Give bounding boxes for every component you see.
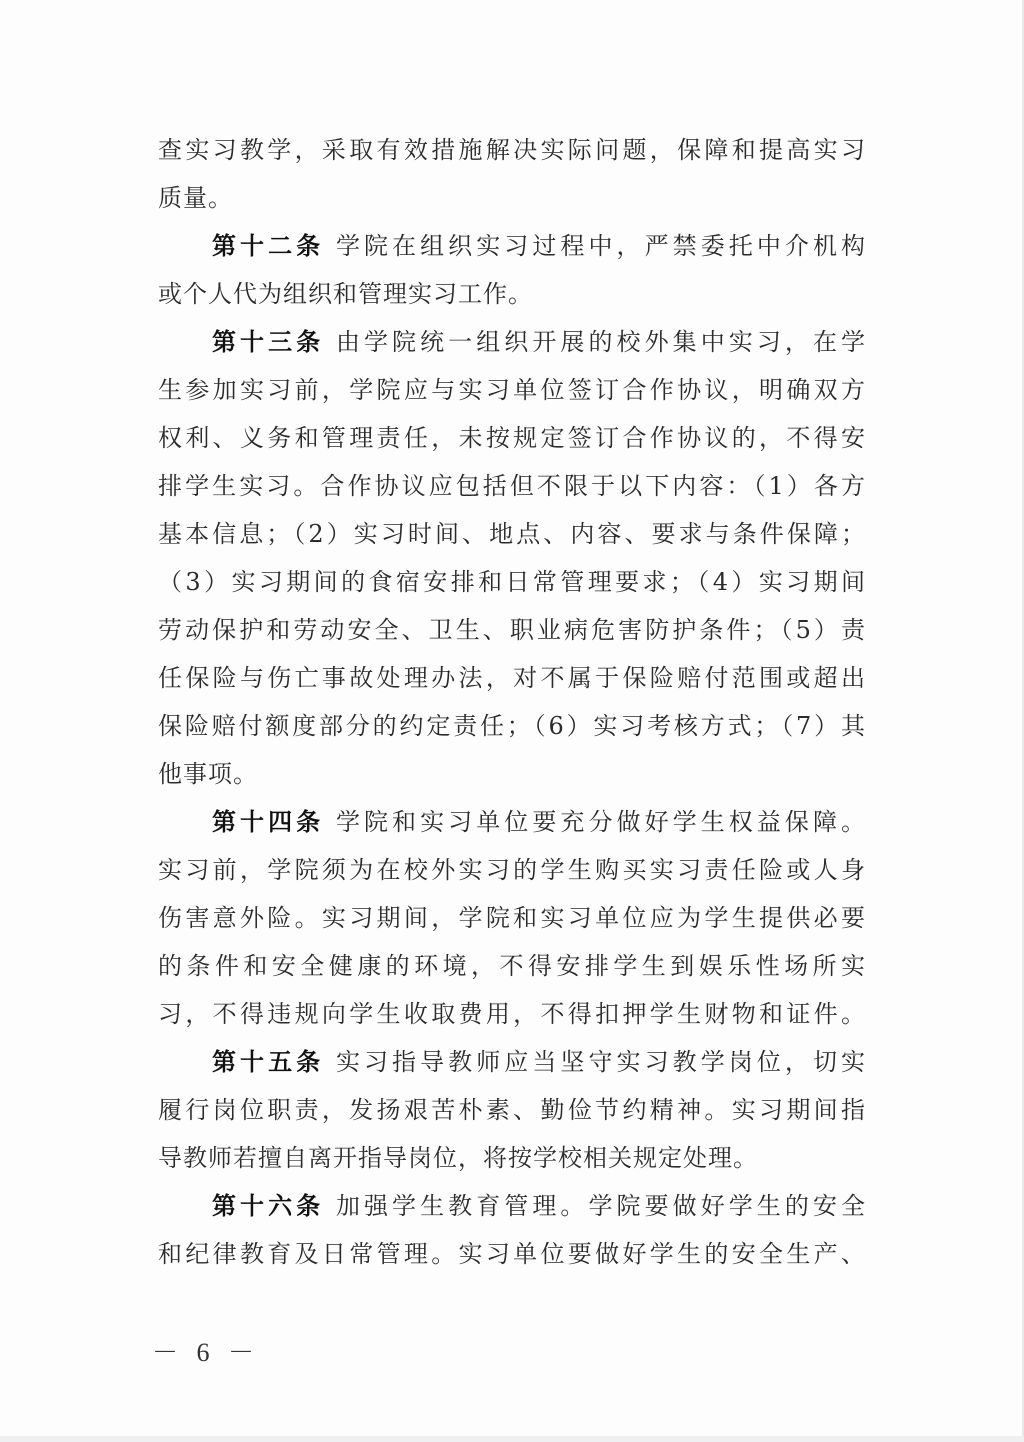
article-number: 第十五条 (212, 1048, 324, 1076)
paragraph-line: 劳动保护和劳动安全、卫生、职业病危害防护条件；（5）责 (158, 610, 866, 650)
line-text: 基本信息；（2）实习时间、地点、内容、要求与条件保障； (158, 520, 866, 548)
article-number: 第十四条 (212, 808, 324, 836)
paragraph-line: 任保险与伤亡事故处理办法，对不属于保险赔付范围或超出 (158, 658, 866, 698)
line-text: 加强学生教育管理。学院要做好学生的安全 (324, 1192, 866, 1220)
line-text: 生参加实习前，学院应与实习单位签订合作协议，明确双方 (158, 376, 866, 404)
article-heading-line: 第十六条 加强学生教育管理。学院要做好学生的安全 (212, 1186, 866, 1226)
line-text: 学院在组织实习过程中，严禁委托中介机构 (324, 232, 866, 260)
paragraph-line: 实习前，学院须为在校外实习的学生购买实习责任险或人身 (158, 850, 866, 890)
line-text: 或个人代为组织和管理实习工作。 (158, 280, 533, 308)
paragraph-line: （3）实习期间的食宿安排和日常管理要求；（4）实习期间 (158, 562, 866, 602)
line-text: 质量。 (158, 184, 233, 212)
paragraph-line: 的条件和安全健康的环境，不得安排学生到娱乐性场所实 (158, 946, 866, 986)
line-text: 和纪律教育及日常管理。实习单位要做好学生的安全生产、 (158, 1240, 866, 1268)
article-number: 第十三条 (212, 328, 324, 356)
article-heading-line: 第十二条 学院在组织实习过程中，严禁委托中介机构 (212, 226, 866, 266)
article-heading-line: 第十三条 由学院统一组织开展的校外集中实习，在学 (212, 322, 866, 362)
paragraph-line: 导教师若擅自离开指导岗位，将按学校相关规定处理。 (158, 1138, 866, 1178)
line-text: 查实习教学，采取有效措施解决实际问题，保障和提高实习 (158, 136, 866, 164)
paragraph-line: 查实习教学，采取有效措施解决实际问题，保障和提高实习 (158, 130, 866, 170)
line-text: 实习指导教师应当坚守实习教学岗位，切实 (324, 1048, 866, 1076)
article-number: 第十六条 (212, 1192, 324, 1220)
line-text: 的条件和安全健康的环境，不得安排学生到娱乐性场所实 (158, 952, 866, 980)
paragraph-line: 生参加实习前，学院应与实习单位签订合作协议，明确双方 (158, 370, 866, 410)
paragraph-line: 或个人代为组织和管理实习工作。 (158, 274, 866, 314)
scan-edge-bottom (0, 1436, 1024, 1442)
line-text: 权利、义务和管理责任，未按规定签订合作协议的，不得安 (158, 424, 866, 452)
line-text: 排学生实习。合作协议应包括但不限于以下内容：（1）各方 (158, 472, 866, 500)
line-text: 保险赔付额度部分的约定责任；（6）实习考核方式；（7）其 (158, 712, 866, 740)
line-text: 任保险与伤亡事故处理办法，对不属于保险赔付范围或超出 (158, 664, 866, 692)
line-text: 由学院统一组织开展的校外集中实习，在学 (324, 328, 866, 356)
article-heading-line: 第十五条 实习指导教师应当坚守实习教学岗位，切实 (212, 1042, 866, 1082)
paragraph-line: 排学生实习。合作协议应包括但不限于以下内容：（1）各方 (158, 466, 866, 506)
line-text: 他事项。 (158, 760, 258, 788)
document-page: 查实习教学，采取有效措施解决实际问题，保障和提高实习质量。第十二条 学院在组织实… (0, 0, 1024, 1442)
paragraph-line: 和纪律教育及日常管理。实习单位要做好学生的安全生产、 (158, 1234, 866, 1274)
article-heading-line: 第十四条 学院和实习单位要充分做好学生权益保障。 (212, 802, 866, 842)
line-text: 习，不得违规向学生收取费用，不得扣押学生财物和证件。 (158, 1000, 866, 1028)
page-number: － 6 － (152, 1332, 260, 1369)
line-text: 履行岗位职责，发扬艰苦朴素、勤俭节约精神。实习期间指 (158, 1096, 866, 1124)
paragraph-line: 习，不得违规向学生收取费用，不得扣押学生财物和证件。 (158, 994, 866, 1034)
line-text: （3）实习期间的食宿安排和日常管理要求；（4）实习期间 (158, 568, 866, 596)
line-text: 伤害意外险。实习期间，学院和实习单位应为学生提供必要 (158, 904, 866, 932)
paragraph-line: 他事项。 (158, 754, 866, 794)
line-text: 劳动保护和劳动安全、卫生、职业病危害防护条件；（5）责 (158, 616, 866, 644)
line-text: 实习前，学院须为在校外实习的学生购买实习责任险或人身 (158, 856, 866, 884)
paragraph-line: 履行岗位职责，发扬艰苦朴素、勤俭节约精神。实习期间指 (158, 1090, 866, 1130)
line-text: 导教师若擅自离开指导岗位，将按学校相关规定处理。 (158, 1144, 758, 1172)
paragraph-line: 伤害意外险。实习期间，学院和实习单位应为学生提供必要 (158, 898, 866, 938)
paragraph-line: 质量。 (158, 178, 866, 218)
article-number: 第十二条 (212, 232, 324, 260)
paragraph-line: 保险赔付额度部分的约定责任；（6）实习考核方式；（7）其 (158, 706, 866, 746)
paragraph-line: 基本信息；（2）实习时间、地点、内容、要求与条件保障； (158, 514, 866, 554)
paragraph-line: 权利、义务和管理责任，未按规定签订合作协议的，不得安 (158, 418, 866, 458)
line-text: 学院和实习单位要充分做好学生权益保障。 (324, 808, 866, 836)
